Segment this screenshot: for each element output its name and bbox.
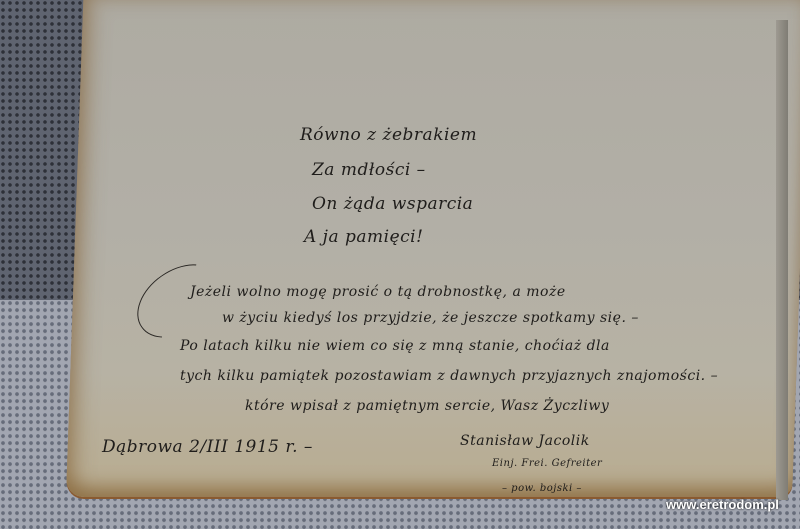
letter-line-1: Jeżeli wolno mogę prosić o tą drobnostkę… [190,284,566,300]
letter-line-2: w życiu kiedyś los przyjdzie, że jeszcze… [222,310,639,326]
signature-rank: Einj. Frei. Gefreiter [492,458,602,469]
place-date: Dąbrowa 2/III 1915 r. – [102,437,313,457]
letter-line-4: tych kilku pamiątek pozostawiam z dawnyc… [180,368,718,384]
signature: Stanisław Jacolik [460,433,590,449]
page-edge-right [776,20,788,500]
album-page [66,0,800,497]
poem-line-4: A ja pamięci! [304,227,423,247]
poem-line-2: Za mdłości – [312,160,426,180]
watermark-text: www.eretrodom.pl [666,497,779,512]
letter-line-5: które wpisał z pamiętnym sercie, Wasz Ży… [245,398,609,414]
signature-unit: – pow. bojski – [502,483,582,494]
letter-line-3: Po latach kilku nie wiem co się z mną st… [180,338,610,354]
poem-line-1: Równo z żebrakiem [300,125,477,145]
poem-line-3: On żąda wsparcia [312,194,473,214]
